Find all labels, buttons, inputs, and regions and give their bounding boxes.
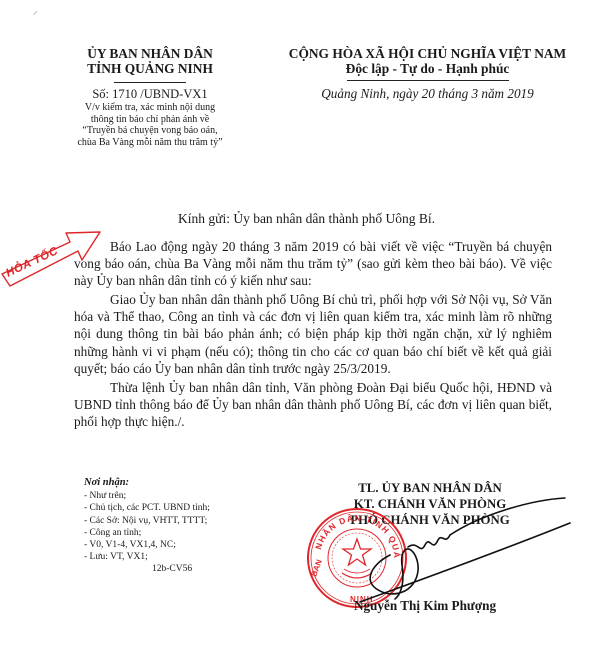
signature-title-line: TL. ỦY BAN NHÂN DÂN	[320, 480, 540, 496]
distribution-title: Nơi nhận:	[84, 477, 284, 489]
body-paragraph: Thừa lệnh Ủy ban nhân dân tỉnh, Văn phòn…	[74, 379, 552, 430]
national-motto: Độc lập - Tự do - Hạnh phúc	[270, 61, 585, 76]
issuer-header: ỦY BAN NHÂN DÂN TỈNH QUẢNG NINH Số: 1710…	[60, 46, 240, 148]
place-date: Quảng Ninh, ngày 20 tháng 3 năm 2019	[270, 86, 585, 101]
body-paragraph: Giao Ủy ban nhân dân thành phố Uông Bí c…	[74, 291, 552, 376]
national-header: CỘNG HÒA XÃ HỘI CHỦ NGHĨA VIỆT NAM Độc l…	[270, 46, 585, 101]
nation-title: CỘNG HÒA XÃ HỘI CHỦ NGHĨA VIỆT NAM	[270, 46, 585, 61]
header-divider	[114, 82, 186, 83]
distribution-item: - V0, V1-4, VX1,4, NC;	[84, 539, 284, 551]
document-body: Báo Lao động ngày 20 tháng 3 năm 2019 có…	[74, 238, 552, 432]
distribution-item: - Lưu: VT, VX1;	[84, 551, 284, 563]
distribution-item: - Các Sở: Nội vụ, VHTT, TTTT;	[84, 515, 284, 527]
subject-line: “Truyền bá chuyện vong báo oán,	[60, 125, 240, 137]
distribution-list: Nơi nhận: - Như trên; - Chủ tịch, các PC…	[84, 477, 284, 576]
document-number: Số: 1710 /UBND-VX1	[60, 87, 240, 101]
issuer-org-line1: ỦY BAN NHÂN DÂN	[60, 46, 240, 61]
distribution-item: - Như trên;	[84, 490, 284, 502]
distribution-item: - Chủ tịch, các PCT. UBND tỉnh;	[84, 502, 284, 514]
body-paragraph: Báo Lao động ngày 20 tháng 3 năm 2019 có…	[74, 238, 552, 289]
signer-name: Nguyễn Thị Kim Phượng	[345, 598, 505, 614]
distribution-item: - Công an tỉnh;	[84, 527, 284, 539]
scan-mark: ⸝	[33, 3, 38, 17]
subject-line: thông tin báo chí phản ánh về	[60, 114, 240, 126]
document-code: 12b-CV56	[84, 563, 284, 575]
subject-line: chùa Ba Vàng mỗi năm thu trăm tỷ”	[60, 137, 240, 149]
document-subject: V/v kiểm tra, xác minh nội dung thông ti…	[60, 102, 240, 148]
recipient-line: Kính gửi: Ủy ban nhân dân thành phố Uông…	[178, 211, 435, 227]
seal-left-text: BAN	[309, 558, 323, 578]
subject-line: V/v kiểm tra, xác minh nội dung	[60, 102, 240, 114]
motto-divider	[347, 80, 509, 81]
issuer-org-line2: TỈNH QUẢNG NINH	[60, 61, 240, 76]
handwritten-signature-icon	[330, 495, 580, 605]
